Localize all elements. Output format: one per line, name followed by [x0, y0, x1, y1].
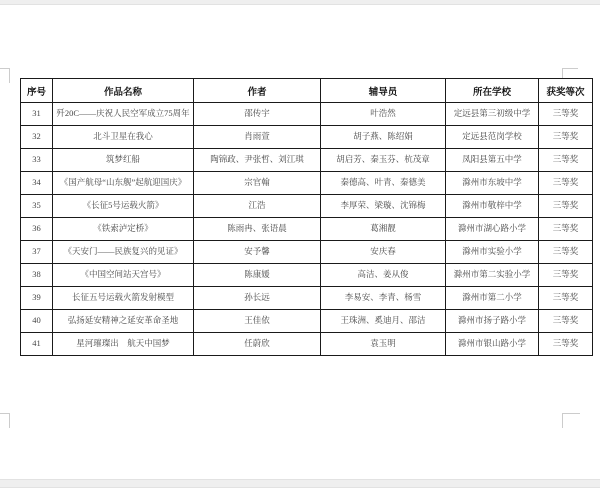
- cell-award-level: 三等奖: [539, 241, 593, 264]
- cell-serial-number: 38: [21, 264, 53, 287]
- cell-award-level: 三等奖: [539, 195, 593, 218]
- awards-table: 序号作品名称作者辅导员所在学校获奖等次 31 歼20C——庆祝人民空军成立75周…: [20, 78, 593, 356]
- cell-work-title: 歼20C——庆祝人民空军成立75周年: [53, 103, 194, 126]
- cell-award-level: 三等奖: [539, 218, 593, 241]
- cell-advisor: 葛湘靓: [321, 218, 446, 241]
- cell-serial-number: 32: [21, 126, 53, 149]
- cell-school: 滁州市敬梓中学: [446, 195, 539, 218]
- cell-author: 邵传宇: [194, 103, 321, 126]
- cell-award-level: 三等奖: [539, 333, 593, 356]
- cell-award-level: 三等奖: [539, 126, 593, 149]
- table-row: 34 《国产航母“山东舰”起航迎国庆》 宗官翰 秦德高、叶青、秦德美 滁州市东坡…: [21, 172, 593, 195]
- table-row: 40 弘扬延安精神之延安革命圣地 王佳依 王珠洲、奚迪月、邵洁 滁州市扬子路小学…: [21, 310, 593, 333]
- column-header: 所在学校: [446, 79, 539, 103]
- cell-award-level: 三等奖: [539, 287, 593, 310]
- cell-author: 陶锦政、尹张哲、刘江琪: [194, 149, 321, 172]
- page-gap-bottom: [0, 479, 600, 488]
- cell-advisor: 叶浩然: [321, 103, 446, 126]
- cell-work-title: 筑梦红船: [53, 149, 194, 172]
- cell-award-level: 三等奖: [539, 149, 593, 172]
- cell-serial-number: 35: [21, 195, 53, 218]
- column-header: 序号: [21, 79, 53, 103]
- column-header: 获奖等次: [539, 79, 593, 103]
- cell-school: 滁州市第二小学: [446, 287, 539, 310]
- cell-advisor: 李易安、李青、杨雪: [321, 287, 446, 310]
- cell-author: 陈康媛: [194, 264, 321, 287]
- cell-author: 任蔚欣: [194, 333, 321, 356]
- cell-serial-number: 36: [21, 218, 53, 241]
- table-row: 41 星河璀璨出 航天中国梦 任蔚欣 袁玉明 滁州市银山路小学 三等奖: [21, 333, 593, 356]
- cell-work-title: 《天安门——民族复兴的见证》: [53, 241, 194, 264]
- cell-school: 滁州市东坡中学: [446, 172, 539, 195]
- cell-work-title: 《国产航母“山东舰”起航迎国庆》: [53, 172, 194, 195]
- cell-serial-number: 34: [21, 172, 53, 195]
- cell-advisor: 袁玉明: [321, 333, 446, 356]
- column-header: 辅导员: [321, 79, 446, 103]
- cell-serial-number: 39: [21, 287, 53, 310]
- cell-author: 江浩: [194, 195, 321, 218]
- table-row: 38 《中国空间站天宫号》 陈康媛 高洁、姜从俊 滁州市第二实验小学 三等奖: [21, 264, 593, 287]
- margin-mark-bottom-right: [562, 413, 580, 428]
- cell-advisor: 高洁、姜从俊: [321, 264, 446, 287]
- table-row: 33 筑梦红船 陶锦政、尹张哲、刘江琪 胡启芳、秦玉芬、杭茂章 凤阳县第五中学 …: [21, 149, 593, 172]
- margin-mark-top-left: [0, 68, 10, 83]
- cell-author: 陈雨冉、张语晨: [194, 218, 321, 241]
- cell-advisor: 胡子燕、陈绍娟: [321, 126, 446, 149]
- next-page-top: [0, 488, 600, 503]
- table-row: 31 歼20C——庆祝人民空军成立75周年 邵传宇 叶浩然 定远县第三初级中学 …: [21, 103, 593, 126]
- cell-award-level: 三等奖: [539, 172, 593, 195]
- cell-advisor: 安庆春: [321, 241, 446, 264]
- cell-school: 凤阳县第五中学: [446, 149, 539, 172]
- cell-serial-number: 31: [21, 103, 53, 126]
- table-row: 36 《铁索泸定桥》 陈雨冉、张语晨 葛湘靓 滁州市湖心路小学 三等奖: [21, 218, 593, 241]
- cell-school: 定远县第三初级中学: [446, 103, 539, 126]
- cell-advisor: 王珠洲、奚迪月、邵洁: [321, 310, 446, 333]
- cell-school: 定远县范岗学校: [446, 126, 539, 149]
- cell-award-level: 三等奖: [539, 264, 593, 287]
- document-page: 序号作品名称作者辅导员所在学校获奖等次 31 歼20C——庆祝人民空军成立75周…: [0, 5, 600, 479]
- cell-advisor: 秦德高、叶青、秦德美: [321, 172, 446, 195]
- cell-school: 滁州市银山路小学: [446, 333, 539, 356]
- cell-work-title: 《长征5号运载火箭》: [53, 195, 194, 218]
- cell-author: 宗官翰: [194, 172, 321, 195]
- cell-author: 王佳依: [194, 310, 321, 333]
- column-header: 作者: [194, 79, 321, 103]
- cell-school: 滁州市扬子路小学: [446, 310, 539, 333]
- table-header-row: 序号作品名称作者辅导员所在学校获奖等次: [21, 79, 593, 103]
- cell-work-title: 《铁索泸定桥》: [53, 218, 194, 241]
- cell-advisor: 胡启芳、秦玉芬、杭茂章: [321, 149, 446, 172]
- table-row: 39 长征五号运载火箭发射模型 孙长远 李易安、李青、杨雪 滁州市第二小学 三等…: [21, 287, 593, 310]
- margin-mark-bottom-left: [0, 413, 10, 428]
- cell-school: 滁州市湖心路小学: [446, 218, 539, 241]
- cell-author: 安予馨: [194, 241, 321, 264]
- column-header: 作品名称: [53, 79, 194, 103]
- cell-work-title: 北斗卫星在我心: [53, 126, 194, 149]
- cell-author: 孙长远: [194, 287, 321, 310]
- table-row: 32 北斗卫星在我心 肖雨萱 胡子燕、陈绍娟 定远县范岗学校 三等奖: [21, 126, 593, 149]
- cell-school: 滁州市第二实验小学: [446, 264, 539, 287]
- cell-work-title: 弘扬延安精神之延安革命圣地: [53, 310, 194, 333]
- cell-author: 肖雨萱: [194, 126, 321, 149]
- cell-work-title: 长征五号运载火箭发射模型: [53, 287, 194, 310]
- cell-school: 滁州市实验小学: [446, 241, 539, 264]
- table-row: 37 《天安门——民族复兴的见证》 安予馨 安庆春 滁州市实验小学 三等奖: [21, 241, 593, 264]
- table-row: 35 《长征5号运载火箭》 江浩 李厚荣、梁璇、沈锦梅 滁州市敬梓中学 三等奖: [21, 195, 593, 218]
- cell-serial-number: 40: [21, 310, 53, 333]
- document-view: 序号作品名称作者辅导员所在学校获奖等次 31 歼20C——庆祝人民空军成立75周…: [0, 0, 600, 503]
- cell-award-level: 三等奖: [539, 310, 593, 333]
- cell-work-title: 《中国空间站天宫号》: [53, 264, 194, 287]
- cell-serial-number: 33: [21, 149, 53, 172]
- cell-award-level: 三等奖: [539, 103, 593, 126]
- cell-serial-number: 41: [21, 333, 53, 356]
- cell-serial-number: 37: [21, 241, 53, 264]
- cell-work-title: 星河璀璨出 航天中国梦: [53, 333, 194, 356]
- cell-advisor: 李厚荣、梁璇、沈锦梅: [321, 195, 446, 218]
